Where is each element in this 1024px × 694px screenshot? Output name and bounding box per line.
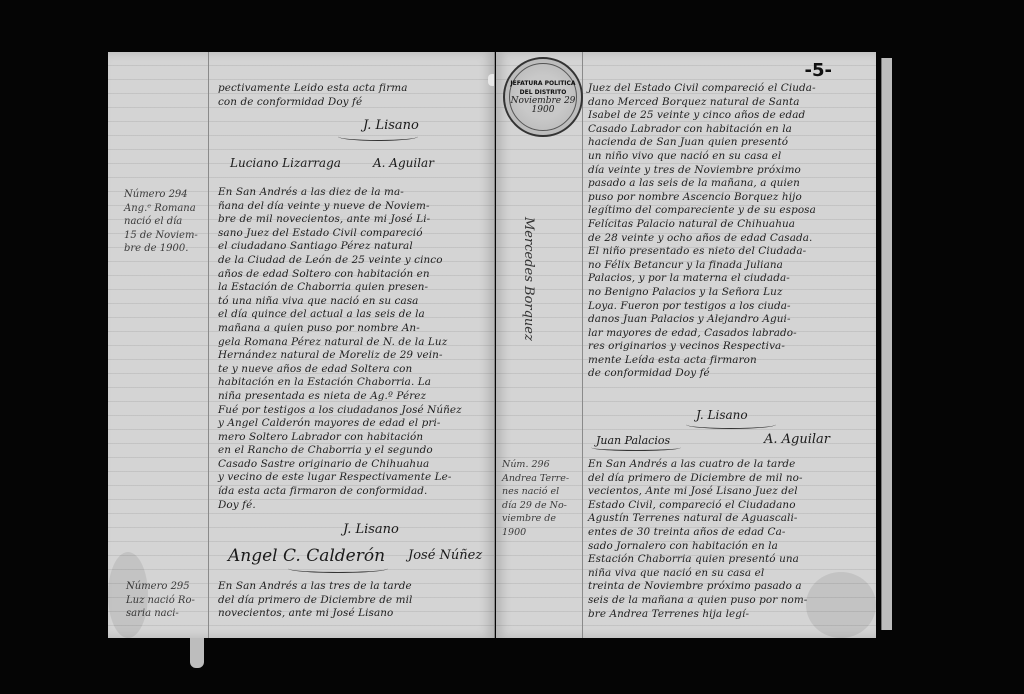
judge-signature-294: J. Lisano <box>343 522 399 537</box>
entry-294-text: En San Andrés a las diez de la ma- ñana … <box>218 186 462 512</box>
signature-flourish <box>288 564 388 573</box>
right-page: -5- JEFATURA POLITICA DEL DISTRITO Novie… <box>496 52 876 638</box>
official-seal: JEFATURA POLITICA DEL DISTRITO Noviembre… <box>503 57 583 137</box>
luciano-signature: Luciano Lizarraga <box>230 156 341 170</box>
left-top-continuation: pectivamente Leido esta acta firma con d… <box>218 82 408 109</box>
page-edges <box>881 58 892 630</box>
entry-296-text: En San Andrés a las cuatro de la tarde d… <box>588 458 807 621</box>
margin-line <box>208 52 209 638</box>
margin-line <box>582 52 583 638</box>
left-page: pectivamente Leido esta acta firma con d… <box>108 52 495 638</box>
paper-stain <box>108 552 148 638</box>
aguilar-signature-right: A. Aguilar <box>764 432 830 447</box>
right-top-continuation: Juez del Estado Civil compareció el Ciud… <box>588 82 816 381</box>
vertical-margin-signature: Mercedes Borquez <box>521 217 536 341</box>
margin-note-294: Número 294 Ang.ᵉ Romana nació el día 15 … <box>124 188 208 256</box>
nunez-signature: José Núñez <box>408 548 482 563</box>
page-number: -5- <box>805 60 832 81</box>
aguilar-signature-left: A. Aguilar <box>373 156 434 170</box>
signature-flourish <box>338 132 418 141</box>
paper-stain <box>806 572 876 638</box>
signature-flourish <box>591 444 681 451</box>
paper-speck <box>488 74 495 86</box>
margin-note-296: Núm. 296 Andrea Terre- nes nació el día … <box>502 458 582 539</box>
entry-295-text: En San Andrés a las tres de la tarde del… <box>218 580 412 621</box>
seal-outer-text: JEFATURA POLITICA DEL DISTRITO <box>505 79 581 97</box>
open-register-book: pectivamente Leido esta acta firma con d… <box>108 52 884 638</box>
judge-signature-top: J. Lisano <box>363 118 419 133</box>
signature-flourish <box>686 420 776 429</box>
seal-ring <box>509 63 577 131</box>
calderon-signature: Angel C. Calderón <box>228 546 385 566</box>
